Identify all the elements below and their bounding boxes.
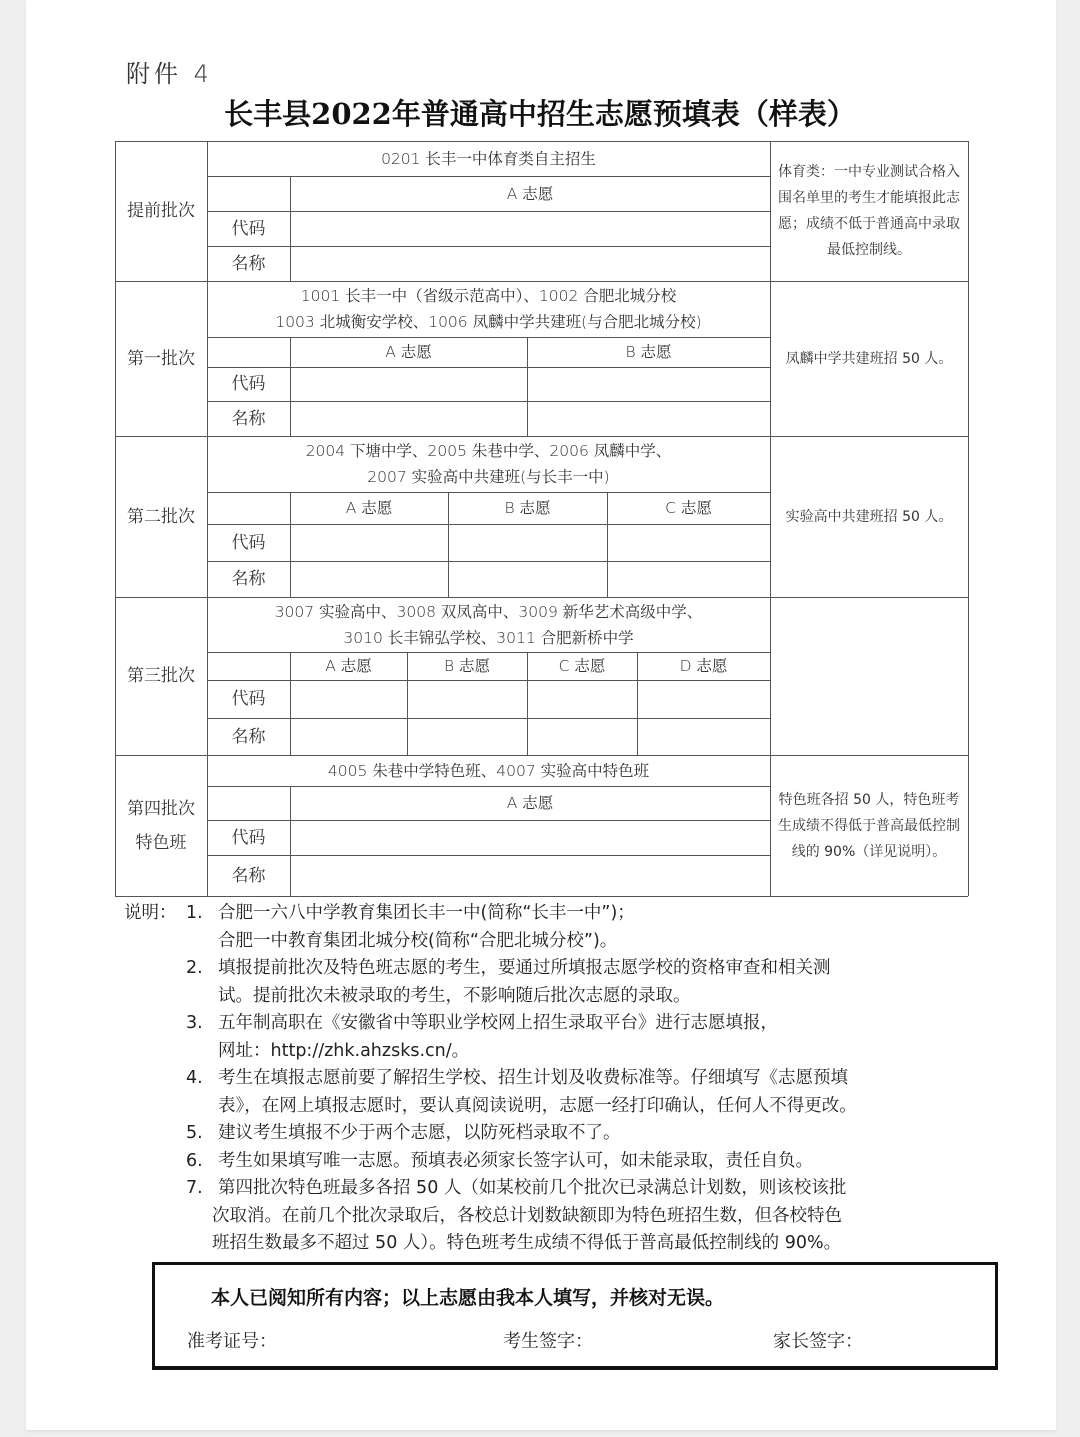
- batch-label-subtext: 特色班: [136, 830, 187, 856]
- name-input-cell[interactable]: [292, 403, 525, 434]
- spacer: [124, 1120, 186, 1148]
- batch-label: 提前批次: [115, 141, 207, 281]
- batch-label-text: 第二批次: [127, 504, 195, 530]
- school-list-line: 4005 朱巷中学特色班、4007 实验高中特色班: [328, 758, 649, 784]
- spacer: [124, 928, 186, 956]
- batch-label-text: 第一批次: [127, 346, 195, 372]
- instruction-line: 4.考生在填报志愿前要了解招生学校、招生计划及收费标准等。仔细填写《志愿预填: [124, 1065, 974, 1093]
- table-rule: [207, 246, 770, 247]
- table-rule: [207, 401, 770, 402]
- instruction-line: 7.第四批次特色班最多各招 50 人（如某校前几个批次已录满总计划数，则该校该批: [124, 1175, 974, 1203]
- name-input-cell[interactable]: [529, 403, 768, 434]
- table-rule: [207, 211, 770, 212]
- choice-header: A 志愿: [290, 337, 527, 367]
- school-list-line: 0201 长丰一中体育类自主招生: [381, 146, 596, 172]
- instruction-line: 表》，在网上填报志愿时，要认真阅读说明，志愿一经打印确认，任何人不得更改。: [124, 1093, 974, 1121]
- instruction-text: 考生在填报志愿前要了解招生学校、招生计划及收费标准等。仔细填写《志愿预填: [218, 1065, 974, 1093]
- code-input-cell[interactable]: [292, 822, 768, 853]
- code-row-label: 代码: [207, 820, 290, 855]
- spacer: [124, 1203, 186, 1231]
- signature-box: 本人已阅知所有内容；以上志愿由我本人填写，并核对无误。 准考证号： 考生签字： …: [152, 1262, 998, 1370]
- instruction-text: 试。提前批次未被录取的考生，不影响随后批次志愿的录取。: [218, 983, 974, 1011]
- spacer: [124, 983, 186, 1011]
- code-input-cell[interactable]: [529, 682, 635, 716]
- choice-header: C 志愿: [607, 492, 770, 524]
- batch-label: 第四批次特色班: [115, 755, 207, 896]
- name-input-cell[interactable]: [292, 720, 405, 753]
- batch-schools: 3007 实验高中、3008 双凤高中、3009 新华艺术高级中学、3010 长…: [207, 597, 770, 652]
- code-input-cell[interactable]: [409, 682, 525, 716]
- batch-label: 第一批次: [115, 281, 207, 436]
- name-row-label: 名称: [207, 561, 290, 597]
- batch-label: 第二批次: [115, 436, 207, 597]
- batch-note: 凤麟中学共建班招 50 人。: [770, 281, 968, 436]
- name-input-cell[interactable]: [292, 248, 768, 279]
- confirmation-statement: 本人已阅知所有内容；以上志愿由我本人填写，并核对无误。: [211, 1283, 724, 1310]
- table-rule: [207, 524, 770, 525]
- code-row-label: 代码: [207, 211, 290, 246]
- instruction-line: 6.考生如果填写唯一志愿。预填表必须家长签字认可，如未能录取，责任自负。: [124, 1148, 974, 1176]
- table-rule: [207, 680, 770, 681]
- school-list-line: 2007 实验高中共建班(与长丰一中): [367, 464, 609, 490]
- code-input-cell[interactable]: [609, 526, 768, 559]
- spacer: [124, 1038, 186, 1066]
- instruction-text: 合肥一六八中学教育集团长丰一中(简称“长丰一中”)；: [218, 900, 974, 928]
- attachment-label: 附件 4: [126, 54, 213, 89]
- batch-note: 实验高中共建班招 50 人。: [770, 436, 968, 597]
- code-input-cell[interactable]: [292, 526, 446, 559]
- table-rule: [968, 141, 969, 896]
- instruction-line: 说明：1.合肥一六八中学教育集团长丰一中(简称“长丰一中”)；: [124, 900, 974, 928]
- instruction-number: 2.: [186, 955, 218, 983]
- name-input-cell[interactable]: [292, 857, 768, 894]
- instruction-text: 考生如果填写唯一志愿。预填表必须家长签字认可，如未能录取，责任自负。: [218, 1148, 974, 1176]
- batch-label-text: 提前批次: [127, 198, 195, 224]
- batch-schools: 4005 朱巷中学特色班、4007 实验高中特色班: [207, 755, 770, 786]
- instruction-text: 五年制高职在《安徽省中等职业学校网上招生录取平台》进行志愿填报，: [218, 1010, 974, 1038]
- choice-header: A 志愿: [290, 652, 407, 680]
- instruction-text: 建议考生填报不少于两个志愿，以防死档录取不了。: [218, 1120, 974, 1148]
- batch-label: 第三批次: [115, 597, 207, 755]
- code-input-cell[interactable]: [529, 369, 768, 399]
- school-list-line: 1001 长丰一中（省级示范高中）、1002 合肥北城分校: [301, 283, 677, 309]
- spacer: [124, 1230, 186, 1258]
- spacer: [124, 1010, 186, 1038]
- code-row-label: 代码: [207, 367, 290, 401]
- instructions: 说明：1.合肥一六八中学教育集团长丰一中(简称“长丰一中”)；合肥一中教育集团北…: [124, 900, 974, 1258]
- spacer: [124, 1093, 186, 1121]
- parent-signature-field[interactable]: 家长签字：: [773, 1327, 863, 1353]
- instruction-line: 班招生数最多不超过 50 人）。特色班考生成绩不得低于普高最低控制线的 90%。: [124, 1230, 974, 1258]
- instruction-text: 次取消。在前几个批次录取后，各校总计划数缺额即为特色班招生数，但各校特色: [212, 1203, 974, 1231]
- name-input-cell[interactable]: [409, 720, 525, 753]
- instruction-number: 4.: [186, 1065, 218, 1093]
- name-input-cell[interactable]: [450, 563, 605, 595]
- school-list-line: 1003 北城衡安学校、1006 凤麟中学共建班(与合肥北城分校): [275, 309, 701, 335]
- choice-header: D 志愿: [637, 652, 770, 680]
- student-signature-field[interactable]: 考生签字：: [503, 1327, 593, 1353]
- code-input-cell[interactable]: [450, 526, 605, 559]
- spacer: [186, 928, 218, 956]
- instruction-line: 试。提前批次未被录取的考生，不影响随后批次志愿的录取。: [124, 983, 974, 1011]
- school-list-line: 3010 长丰锦弘学校、3011 合肥新桥中学: [343, 625, 633, 651]
- batch-note: 体育类：一中专业测试合格入围名单里的考生才能填报此志愿；成绩不低于普通高中录取最…: [770, 141, 968, 281]
- form-title: 长丰县2022年普通高中招生志愿预填表（样表）: [0, 92, 1080, 133]
- batch-schools: 2004 下塘中学、2005 朱巷中学、2006 凤麟中学、2007 实验高中共…: [207, 436, 770, 492]
- instruction-number: 3.: [186, 1010, 218, 1038]
- code-row-label: 代码: [207, 680, 290, 718]
- spacer: [186, 1230, 212, 1258]
- school-list-line: 2004 下塘中学、2005 朱巷中学、2006 凤麟中学、: [306, 438, 672, 464]
- code-input-cell[interactable]: [292, 682, 405, 716]
- instructions-heading: 说明：: [124, 900, 186, 928]
- spacer: [186, 1038, 218, 1066]
- spacer: [124, 1065, 186, 1093]
- table-rule: [207, 820, 770, 821]
- table-rule: [207, 855, 770, 856]
- instruction-text: 第四批次特色班最多各招 50 人（如某校前几个批次已录满总计划数，则该校该批: [218, 1175, 974, 1203]
- code-input-cell[interactable]: [639, 682, 768, 716]
- instruction-line: 5.建议考生填报不少于两个志愿，以防死档录取不了。: [124, 1120, 974, 1148]
- name-row-label: 名称: [207, 246, 290, 281]
- name-input-cell[interactable]: [292, 563, 446, 595]
- name-input-cell[interactable]: [609, 563, 768, 595]
- instruction-line: 网址：http://zhk.ahzsks.cn/。: [124, 1038, 974, 1066]
- instruction-line: 3.五年制高职在《安徽省中等职业学校网上招生录取平台》进行志愿填报，: [124, 1010, 974, 1038]
- instruction-number: 6.: [186, 1148, 218, 1176]
- instruction-text: 表》，在网上填报志愿时，要认真阅读说明，志愿一经打印确认，任何人不得更改。: [218, 1093, 974, 1121]
- name-input-cell[interactable]: [639, 720, 768, 753]
- spacer: [186, 983, 218, 1011]
- batch-label-text: 第三批次: [127, 663, 195, 689]
- choice-header: A 志愿: [290, 176, 770, 211]
- spacer: [186, 1203, 212, 1231]
- name-row-label: 名称: [207, 401, 290, 436]
- table-rule: [207, 561, 770, 562]
- batch-schools: 0201 长丰一中体育类自主招生: [207, 141, 770, 176]
- code-input-cell[interactable]: [292, 213, 768, 244]
- name-row-label: 名称: [207, 718, 290, 755]
- table-rule: [115, 896, 968, 897]
- instruction-line: 2.填报提前批次及特色班志愿的考生，要通过所填报志愿学校的资格审查和相关测: [124, 955, 974, 983]
- exam-id-field[interactable]: 准考证号：: [187, 1327, 277, 1353]
- batch-schools: 1001 长丰一中（省级示范高中）、1002 合肥北城分校1003 北城衡安学校…: [207, 281, 770, 337]
- instruction-text: 填报提前批次及特色班志愿的考生，要通过所填报志愿学校的资格审查和相关测: [218, 955, 974, 983]
- instruction-text: 网址：http://zhk.ahzsks.cn/。: [218, 1038, 974, 1066]
- choice-header: B 志愿: [448, 492, 607, 524]
- instruction-text: 合肥一中教育集团北城分校(简称“合肥北城分校”)。: [218, 928, 974, 956]
- school-list-line: 3007 实验高中、3008 双凤高中、3009 新华艺术高级中学、: [275, 599, 703, 625]
- choice-header: A 志愿: [290, 786, 770, 820]
- choice-header: C 志愿: [527, 652, 637, 680]
- batch-note: 特色班各招 50 人，特色班考生成绩不得低于普高最低控制线的 90%（详见说明）…: [770, 755, 968, 896]
- instruction-number: 1.: [186, 900, 218, 928]
- spacer: [124, 955, 186, 983]
- batch-note: [770, 597, 968, 755]
- spacer: [124, 1148, 186, 1176]
- choice-header: A 志愿: [290, 492, 448, 524]
- choice-header: B 志愿: [407, 652, 527, 680]
- instruction-line: 合肥一中教育集团北城分校(简称“合肥北城分校”)。: [124, 928, 974, 956]
- instruction-line: 次取消。在前几个批次录取后，各校总计划数缺额即为特色班招生数，但各校特色: [124, 1203, 974, 1231]
- batch-label-text: 第四批次: [127, 796, 195, 822]
- name-row-label: 名称: [207, 855, 290, 896]
- spacer: [124, 1175, 186, 1203]
- table-rule: [207, 718, 770, 719]
- name-input-cell[interactable]: [529, 720, 635, 753]
- instruction-number: 5.: [186, 1120, 218, 1148]
- instruction-text: 班招生数最多不超过 50 人）。特色班考生成绩不得低于普高最低控制线的 90%。: [212, 1230, 974, 1258]
- code-row-label: 代码: [207, 524, 290, 561]
- table-rule: [207, 367, 770, 368]
- spacer: [186, 1093, 218, 1121]
- code-input-cell[interactable]: [292, 369, 525, 399]
- instruction-number: 7.: [186, 1175, 218, 1203]
- choice-header: B 志愿: [527, 337, 770, 367]
